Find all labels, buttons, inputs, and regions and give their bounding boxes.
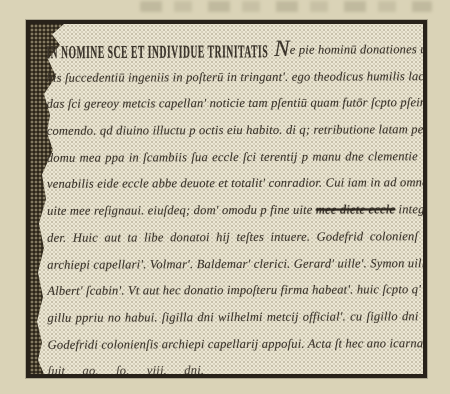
manuscript-heading-line: IN NOMINE SCE ET INDIVIDUE TRINITATISNe … [46,36,417,64]
heading-line-text: e pie hominū donationes ullis ſcripado [290,42,423,57]
corrected-line-post: integre acce [399,202,423,216]
manuscript-line: gillu ppriu no habui. ſigilla dni wilhel… [47,303,418,331]
corrected-line-pre: uite mee reſignaui. eiuſdeq; dom' omodu … [47,203,313,218]
manuscript-line-with-erasure: uite mee reſignaui. eiuſdeq; dom' omodu … [47,196,418,224]
manuscript-line: venabilis eide eccle abbe deuote et tota… [47,170,418,198]
manuscript-text-block: IN NOMINE SCE ET INDIVIDUE TRINITATISNe … [46,24,419,374]
manuscript-line: der. Huic aut ta libe donatoi hij teſtes… [47,223,418,251]
manuscript-last-line-clipped: ſuit ao. ſo. viij. dni. [48,356,419,374]
invocation-display-script: IN NOMINE SCE ET INDIVIDUE TRINITATIS [46,29,268,81]
manuscript-line: das ſci gereoy metcis capellan' noticie … [47,90,418,118]
manuscript-line: Godefridi colonienſis archiepi capellari… [48,330,419,358]
page-showthrough-strip [140,1,432,12]
manuscript-line: domu mea ppa in ſcambiis ſua eccle ſci t… [47,143,418,171]
manuscript-photo-plate: IN NOMINE SCE ET INDIVIDUE TRINITATISNe … [26,20,427,378]
manuscript-line: archiepi capellari'. Volmar'. Baldemar' … [47,250,418,278]
manuscript-line: comendo. qd diuino illuctu p octis eiu h… [47,116,418,144]
struck-through-words: mee diete eccle [316,202,395,216]
manuscript-line: Albert' ſcabin'. Vt aut hec donatio impo… [47,276,418,304]
parchment-halftone-paper: IN NOMINE SCE ET INDIVIDUE TRINITATISNe … [30,24,423,374]
